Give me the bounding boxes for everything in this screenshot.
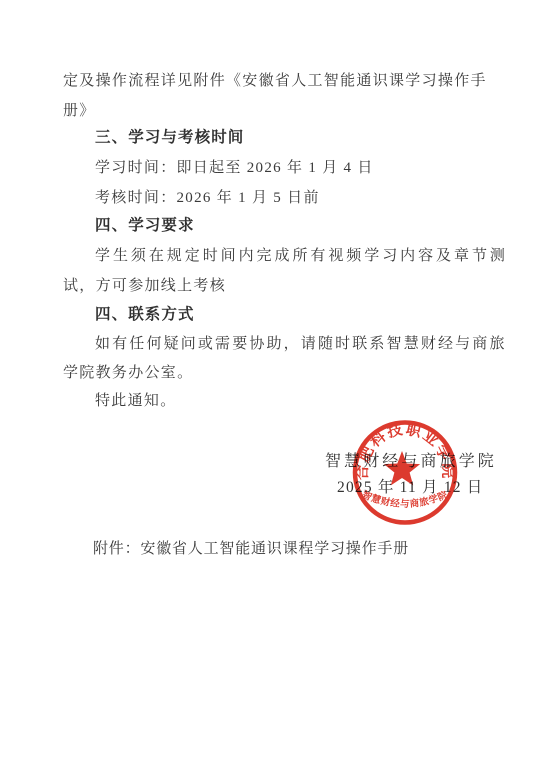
requirement-line: 学生须在规定时间内完成所有视频学习内容及章节测 bbox=[95, 245, 508, 267]
seal-bottom-text: 智慧财经与商旅学院 bbox=[360, 489, 449, 510]
section-heading-contact: 四、联系方式 bbox=[95, 304, 195, 326]
section-heading-study-exam-time: 三、学习与考核时间 bbox=[95, 127, 244, 149]
star-icon bbox=[384, 451, 420, 485]
study-time-line: 学习时间：即日起至 2026 年 1 月 4 日 bbox=[95, 157, 374, 179]
contact-line: 如有任何疑问或需要协助，请随时联系智慧财经与商旅 bbox=[95, 333, 507, 355]
closing-line: 特此通知。 bbox=[95, 390, 177, 412]
attachment-line: 附件：安徽省人工智能通识课程学习操作手册 bbox=[93, 538, 409, 560]
paragraph-line: 定及操作流程详见附件《安徽省人工智能通识课学习操作手 bbox=[63, 70, 487, 92]
contact-line: 学院教务办公室。 bbox=[63, 362, 193, 384]
requirement-line: 试，方可参加线上考核 bbox=[63, 275, 226, 297]
paragraph-line: 册》 bbox=[63, 100, 96, 122]
exam-time-line: 考核时间：2026 年 1 月 5 日前 bbox=[95, 187, 320, 209]
official-seal: 合肥科技职业学院 智慧财经与商旅学院 bbox=[348, 415, 464, 531]
document-page: 定及操作流程详见附件《安徽省人工智能通识课学习操作手 册》 三、学习与考核时间 … bbox=[0, 0, 554, 784]
section-heading-study-requirements: 四、学习要求 bbox=[95, 215, 195, 237]
